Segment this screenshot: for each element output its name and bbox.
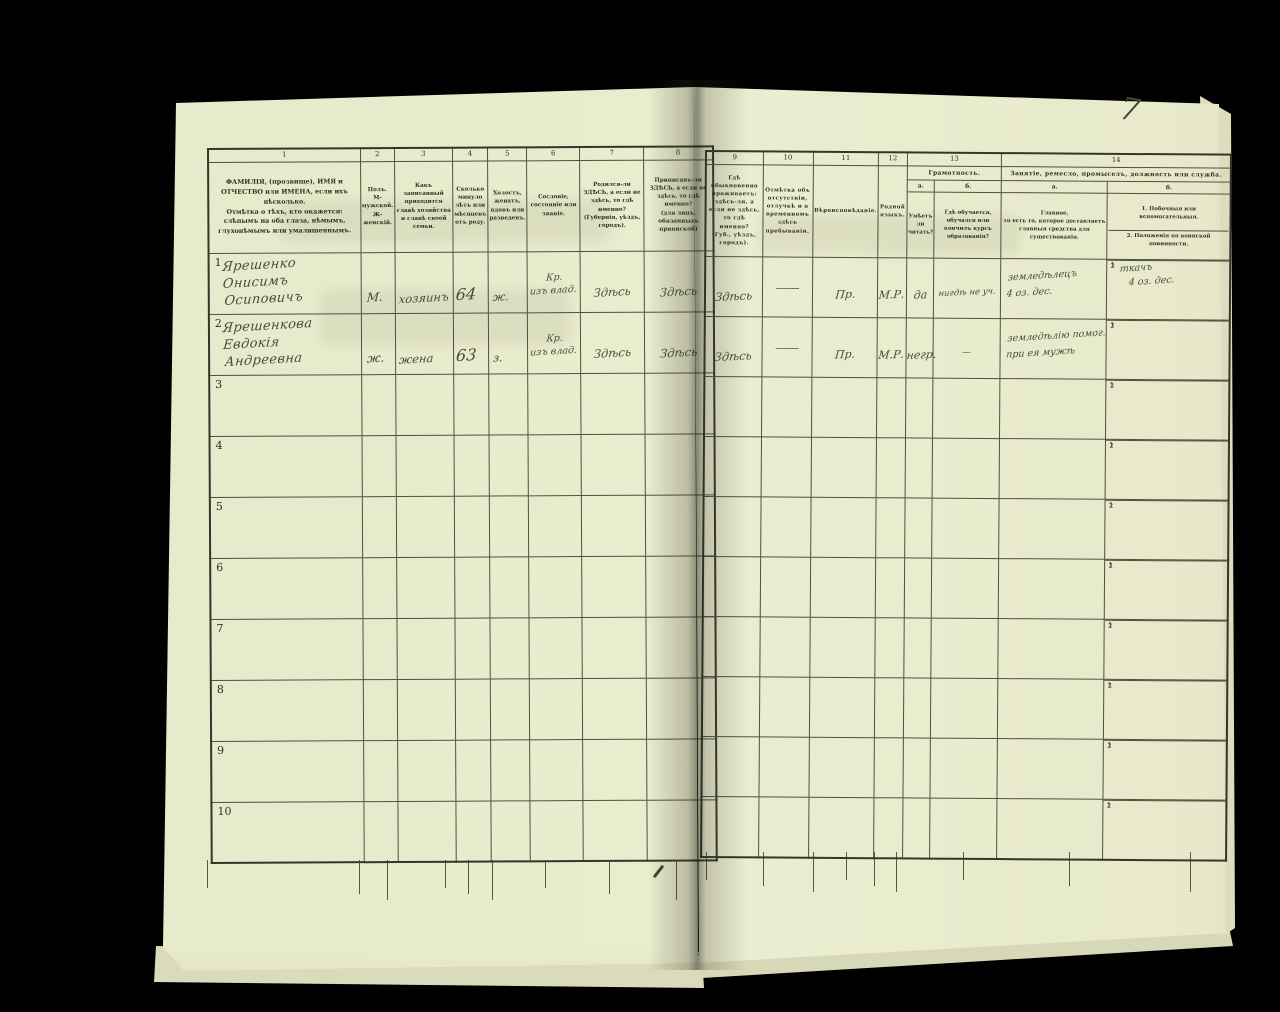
- left-table-body: 1ЯрешенкоОнисимъОсиповичъМ.хозяинъ64ж.Кр…: [209, 250, 717, 863]
- literacy-read-cell: [902, 798, 930, 858]
- sex-cell: [362, 435, 397, 496]
- handwritten-value: ж.: [492, 289, 509, 303]
- marital-cell: [490, 617, 529, 678]
- marital-cell: ж.: [488, 251, 527, 312]
- military-subcell: 2: [1106, 440, 1228, 442]
- sex-cell: [363, 740, 398, 801]
- subcell-number: 2: [1109, 442, 1113, 450]
- estate-cell: [530, 678, 583, 739]
- marital-cell: [491, 739, 530, 800]
- literacy-read-cell: [905, 438, 933, 498]
- header-relation: Какъ записанный приходится главѣ хозяйст…: [394, 161, 452, 252]
- absence-cell: [760, 557, 810, 617]
- residence-cell: [703, 497, 760, 557]
- col-number-10: 10: [763, 151, 813, 164]
- census-row-left-6: 6: [210, 555, 715, 619]
- header-name: ФАМИЛІЯ, (прозвище), ИМЯ и ОТЧЕСТВО или …: [208, 161, 360, 253]
- sex-cell: [362, 557, 397, 618]
- literacy-where-cell: [932, 498, 999, 558]
- age-cell: [456, 801, 492, 862]
- header-sex: Полъ. М-мужской. Ж-женскій.: [360, 161, 395, 252]
- header-absence: Отмѣтка объ отсутствіи, отлучкѣ и о врем…: [762, 164, 813, 257]
- census-row-right-4: 12: [704, 437, 1229, 501]
- literacy-where-cell: нигдѣ не уч.: [934, 258, 1001, 318]
- religion-cell: [811, 378, 877, 438]
- occupation-side-cell: 12: [1103, 800, 1226, 861]
- occupation-side-cell: 12: [1106, 320, 1229, 381]
- absence-cell: [760, 497, 810, 557]
- relation-cell: [398, 801, 456, 862]
- religion-cell: Пр.: [812, 258, 878, 318]
- literacy-read-cell: да: [906, 258, 934, 318]
- military-subcell: 2: [1106, 560, 1228, 562]
- language-cell: [876, 438, 905, 498]
- handwritten-occupation: земледѣлецъ4 оз. дес.: [1006, 266, 1078, 303]
- col-number-1: 1: [208, 148, 360, 162]
- literacy-where-cell: [930, 798, 997, 858]
- occupation-main-cell: [997, 739, 1103, 800]
- handwritten-value: М.Р.: [878, 288, 906, 302]
- header-residence: Гдѣ обыкновенно проживаетъ: здѣсь-ли, а …: [705, 164, 763, 257]
- language-cell: [876, 558, 905, 618]
- census-row-left-3: 3: [209, 372, 714, 436]
- name-cell: 2ЯрешенковаЕвдокіяАндреевна: [209, 313, 361, 375]
- handwritten-name: ЯрешенкоОнисимъОсиповичъ: [219, 255, 307, 311]
- col-number-6: 6: [527, 147, 580, 160]
- ruled-line-stub: [896, 852, 897, 892]
- religion-cell: [810, 498, 876, 558]
- military-subcell: 2: [1107, 380, 1229, 382]
- religion-cell: [810, 558, 876, 618]
- ruled-line-stub: [963, 852, 964, 880]
- scanner-background: { "document": { "folio_number": "7", "de…: [0, 0, 1280, 1012]
- handwritten-value: да: [906, 288, 934, 302]
- residence-cell: [703, 557, 760, 617]
- ruled-line-stub: [445, 860, 446, 888]
- absence-cell: [758, 797, 808, 857]
- ruled-line-stub: [1190, 852, 1191, 892]
- sex-cell: [361, 374, 396, 435]
- age-cell: 64: [453, 252, 489, 313]
- literacy-read-cell: негр.: [905, 318, 933, 378]
- relation-cell: жена: [395, 313, 453, 374]
- header-literacy-read: Умѣетъ ли читать?: [906, 191, 934, 258]
- handwritten-value: —: [934, 347, 1001, 360]
- column-headers-row: ФАМИЛІЯ, (прозвище), ИМЯ и ОТЧЕСТВО или …: [208, 159, 713, 253]
- birthplace-cell: Здѣсь: [580, 251, 644, 312]
- age-cell: 63: [453, 313, 489, 374]
- literacy-read-cell: [904, 498, 932, 558]
- military-subcell: 2: [1105, 620, 1227, 622]
- census-row-left-5: 5: [210, 494, 715, 558]
- literacy-where-cell: [930, 738, 997, 798]
- header-occupation-side: 1. Побочныя или вспомогательныя. 2. Поло…: [1107, 193, 1230, 261]
- handwritten-value: Кр.изъ влад.: [527, 270, 581, 299]
- census-row-left-2: 2ЯрешенковаЕвдокіяАндреевнаж.жена63з.Кр.…: [209, 311, 714, 375]
- age-cell: [454, 435, 490, 496]
- ruled-line-stub: [359, 860, 360, 894]
- census-row-right-9: 12: [701, 737, 1226, 801]
- marital-cell: [489, 434, 528, 495]
- birthplace-cell: [582, 617, 646, 678]
- occupation-main-cell: [1000, 379, 1106, 440]
- marital-cell: [490, 556, 529, 617]
- birthplace-cell: [582, 556, 646, 617]
- name-cell: 10: [211, 801, 363, 863]
- row-number: 6: [216, 560, 223, 573]
- language-cell: М.Р.: [878, 258, 907, 318]
- subcell-number: 2: [1108, 622, 1112, 630]
- header-estate: Сословіе, состояніе или званіе.: [527, 160, 580, 251]
- handwritten-occupation: земледѣлію помог.при ея мужѣ: [1006, 326, 1107, 365]
- relation-cell: [397, 557, 455, 618]
- relation-cell: [397, 618, 455, 679]
- occupation-main-cell: [1000, 439, 1106, 500]
- sex-cell: [362, 618, 397, 679]
- ruled-line-stub: [387, 860, 388, 900]
- age-cell: [454, 374, 490, 435]
- occupation-letter-a: а.: [1002, 180, 1108, 193]
- name-cell: 3: [209, 374, 361, 436]
- header-religion: Вѣроисповѣданіе.: [812, 165, 879, 258]
- handwritten-value: Здѣсь: [644, 282, 713, 300]
- header-literacy-group: Грамотность.: [907, 165, 1002, 180]
- language-cell: [874, 798, 903, 858]
- census-row-right-6: 12: [703, 557, 1228, 621]
- name-cell: 5: [210, 496, 362, 558]
- census-table-right: 9 10 11 12 13 14 Гдѣ обыкновенно прожива…: [700, 150, 1232, 861]
- col-number-13: 13: [907, 152, 1002, 166]
- absence-cell: —: [761, 317, 811, 377]
- name-cell: 6: [210, 557, 362, 619]
- religion-cell: [811, 438, 877, 498]
- age-cell: [455, 740, 491, 801]
- name-cell: 9: [211, 740, 363, 802]
- estate-cell: [528, 434, 581, 495]
- handwritten-name: ЯрешенковаЕвдокіяАндреевна: [219, 315, 313, 371]
- census-row-right-2: Здѣсь—Пр.М.Р.негр.—земледѣлію помог.при …: [704, 317, 1229, 381]
- age-cell: [455, 618, 491, 679]
- occupation-side-cell: 12: [1104, 620, 1227, 681]
- literacy-where-cell: [933, 438, 1000, 498]
- religion-cell: Пр.: [811, 318, 877, 378]
- occupation-main-cell: [998, 619, 1104, 680]
- row-number: 2: [215, 316, 222, 329]
- relation-cell: [396, 374, 454, 435]
- subcell-number: 2: [1109, 502, 1113, 510]
- header-language: Родной языкъ.: [878, 165, 907, 258]
- religion-cell: [808, 798, 874, 858]
- military-subcell: 2: [1106, 500, 1228, 502]
- ruled-line-stub: [609, 860, 610, 894]
- handwritten-value: з.: [493, 351, 504, 365]
- language-cell: [875, 678, 904, 738]
- literacy-where-cell: [931, 618, 998, 678]
- handwritten-value: М.: [366, 289, 383, 304]
- religion-cell: [809, 678, 875, 738]
- language-cell: [877, 378, 906, 438]
- language-cell: [876, 498, 905, 558]
- marital-cell: [491, 800, 530, 861]
- ruled-line-stub: [813, 852, 814, 892]
- estate-cell: [529, 495, 582, 556]
- literacy-read-cell: [903, 738, 931, 798]
- marital-cell: [489, 373, 528, 434]
- header-literacy-where: Гдѣ обучается, обучался или кончилъ курс…: [934, 192, 1001, 259]
- census-row-right-1: Здѣсь—Пр.М.Р.данигдѣ не уч.земледѣлецъ4 …: [705, 257, 1230, 321]
- residence-cell: [704, 437, 761, 497]
- census-row-left-9: 9: [211, 738, 716, 802]
- absence-cell: [759, 617, 809, 677]
- estate-cell: [530, 739, 583, 800]
- literacy-read-cell: [905, 378, 933, 438]
- handwritten-value: М.Р.: [877, 348, 905, 362]
- occupation-side-cell: 1ткачъ4 оз. дес.2: [1107, 260, 1230, 321]
- literacy-where-cell: [932, 558, 999, 618]
- handwritten-value: негр.: [906, 348, 934, 362]
- col-number-11: 11: [813, 152, 879, 165]
- literacy-read-cell: [904, 558, 932, 618]
- col-number-7: 7: [580, 147, 644, 160]
- row-number: 7: [216, 621, 223, 634]
- birthplace-cell: Здѣсь: [581, 312, 645, 373]
- row-number: 4: [216, 438, 223, 451]
- ruled-line-stub: [676, 860, 677, 900]
- occupation-main-cell: [998, 679, 1104, 740]
- ruled-line-stub: [763, 852, 764, 886]
- occupation-main-cell: земледѣлію помог.при ея мужѣ: [1000, 319, 1106, 380]
- census-row-right-10: 12: [701, 797, 1226, 861]
- census-row-right-3: 12: [704, 377, 1229, 441]
- language-cell: М.Р.: [877, 318, 906, 378]
- marital-cell: [489, 495, 528, 556]
- age-cell: [455, 557, 491, 618]
- header-registration: Приписанъ-ли ЗДѢСЬ, а если не здѣсь, то …: [644, 159, 713, 250]
- military-subcell: 2: [1105, 680, 1227, 682]
- relation-cell: [397, 740, 455, 801]
- literacy-letter-a: а.: [907, 179, 935, 191]
- census-row-left-8: 8: [211, 677, 716, 741]
- absence-cell: [758, 737, 808, 797]
- relation-cell: [397, 679, 455, 740]
- name-cell: 7: [210, 618, 362, 680]
- row-number: 10: [217, 804, 231, 817]
- sex-cell: ж.: [361, 313, 396, 374]
- census-row-right-7: 12: [702, 617, 1227, 681]
- estate-cell: Кр.изъ влад.: [527, 251, 580, 312]
- handwritten-value: Здѣсь: [580, 283, 644, 301]
- birthplace-cell: [581, 373, 645, 434]
- religion-cell: [809, 618, 875, 678]
- subcell-number: 2: [1110, 382, 1114, 390]
- age-cell: [454, 496, 490, 557]
- literacy-where-cell: [933, 378, 1000, 438]
- census-row-left-7: 7: [210, 616, 715, 680]
- literacy-where-cell: [931, 678, 998, 738]
- col-number-12: 12: [879, 152, 907, 165]
- subcell-number: 2: [1107, 802, 1111, 810]
- handwritten-value: Кр.изъ влад.: [527, 331, 581, 360]
- occupation-main-cell: земледѣлецъ4 оз. дес.: [1001, 259, 1107, 320]
- col-number-3: 3: [394, 148, 452, 161]
- handwritten-value: жена: [398, 350, 433, 366]
- ruled-line-stub: [846, 852, 847, 880]
- header-birthplace: Родился-ли ЗДѢСЬ, а если не здѣсь, то гд…: [580, 160, 644, 251]
- sex-cell: [362, 496, 397, 557]
- ruled-line-stub: [468, 860, 469, 894]
- birthplace-cell: [583, 678, 647, 739]
- birthplace-cell: [583, 739, 647, 800]
- col-number-5: 5: [488, 147, 527, 160]
- sex-cell: [363, 801, 398, 862]
- right-table-body: Здѣсь—Пр.М.Р.данигдѣ не уч.земледѣлецъ4 …: [701, 257, 1230, 861]
- birthplace-cell: [581, 434, 645, 495]
- census-row-right-5: 12: [703, 497, 1228, 561]
- census-table-left: 1 2 3 4 5 6 7 8 ФАМИЛІЯ, (прозвище), ИМЯ…: [207, 145, 717, 864]
- header-occupation-main: Главное, то есть то, которое доставляетъ…: [1001, 192, 1107, 260]
- subcell-number: 2: [1107, 742, 1111, 750]
- estate-cell: [528, 373, 581, 434]
- sex-cell: М.: [361, 252, 396, 313]
- ruled-line-stub: [1069, 852, 1070, 886]
- literacy-where-cell: —: [933, 318, 1000, 378]
- estate-cell: [529, 617, 582, 678]
- ruled-line-stub: [706, 852, 707, 880]
- occupation-side-cell: 12: [1105, 500, 1228, 561]
- handwritten-value: 64: [455, 283, 477, 303]
- estate-cell: Кр.изъ влад.: [528, 312, 581, 373]
- handwritten-value: ткачъ4 оз. дес.: [1119, 260, 1177, 292]
- handwritten-value: ж.: [366, 350, 385, 365]
- relation-cell: хозяинъ: [395, 252, 453, 313]
- military-subcell: 2: [1107, 320, 1229, 322]
- marital-cell: [490, 678, 529, 739]
- census-row-left-4: 4: [210, 433, 715, 497]
- name-cell: 1ЯрешенкоОнисимъОсиповичъ: [209, 252, 361, 314]
- row-number: 3: [215, 377, 222, 390]
- handwritten-value: Здѣсь: [581, 344, 645, 362]
- sex-cell: [363, 679, 398, 740]
- subcell-number: 2: [1111, 262, 1115, 270]
- header-occupation-side-2: 2. Положенія по воинской повинности.: [1109, 230, 1229, 250]
- ruled-line-stub: [492, 860, 493, 900]
- row-number: 1: [215, 255, 222, 268]
- subcell-number: 2: [1110, 322, 1114, 330]
- literacy-read-cell: [903, 678, 931, 738]
- row-number: 8: [217, 682, 224, 695]
- military-subcell: 2: [1104, 740, 1226, 742]
- birthplace-cell: [583, 800, 647, 861]
- handwritten-value: хозяинъ: [398, 289, 449, 306]
- marital-cell: з.: [488, 312, 527, 373]
- occupation-main-cell: [999, 499, 1105, 560]
- census-row-left-1: 1ЯрешенкоОнисимъОсиповичъМ.хозяинъ64ж.Кр…: [209, 250, 714, 314]
- residence-cell: [704, 377, 761, 437]
- absence-cell: [759, 677, 809, 737]
- col-number-8: 8: [644, 146, 713, 159]
- header-occupation-side-1: 1. Побочныя или вспомогательныя.: [1109, 203, 1229, 222]
- absence-cell: [761, 377, 811, 437]
- estate-cell: [529, 556, 582, 617]
- language-cell: [874, 738, 903, 798]
- occupation-main-cell: [999, 559, 1105, 620]
- residence-cell: [702, 677, 759, 737]
- census-row-left-10: 10: [211, 799, 716, 863]
- birthplace-cell: [582, 495, 646, 556]
- ruled-line-stub: [874, 852, 875, 886]
- handwritten-value: нигдѣ не уч.: [934, 287, 1001, 300]
- subcell-number: 2: [1108, 682, 1112, 690]
- ruled-line-stub: [207, 860, 208, 888]
- occupation-side-cell: 12: [1105, 560, 1228, 621]
- row-number: 9: [217, 743, 224, 756]
- row-number: 5: [216, 499, 223, 512]
- col-number-2: 2: [360, 148, 394, 161]
- absence-cell: —: [762, 257, 812, 317]
- name-cell: 8: [211, 679, 363, 741]
- subcell-number: 2: [1109, 562, 1113, 570]
- name-cell: 4: [210, 435, 362, 497]
- residence-cell: [701, 797, 758, 857]
- header-age: Сколько минуло лѣтъ или мѣсяцевъ отъ род…: [452, 161, 488, 252]
- occupation-letter-b: б.: [1108, 181, 1231, 194]
- occupation-main-cell: [997, 799, 1103, 860]
- header-marital: Холостъ, женатъ, вдовъ или разведенъ.: [488, 160, 528, 251]
- estate-cell: [530, 800, 583, 861]
- handwritten-value: Пр.: [812, 287, 878, 303]
- occupation-side-cell: 12: [1106, 440, 1229, 501]
- relation-cell: [396, 435, 454, 496]
- occupation-side-cell: 12: [1104, 680, 1227, 741]
- handwritten-value: Пр.: [811, 347, 877, 363]
- literacy-letter-b: б.: [935, 180, 1002, 192]
- religion-cell: [808, 738, 874, 798]
- occupation-side-cell: 12: [1103, 740, 1226, 801]
- col-number-9: 9: [706, 151, 763, 164]
- literacy-read-cell: [903, 618, 931, 678]
- absence-cell: [761, 437, 811, 497]
- relation-cell: [396, 496, 454, 557]
- military-subcell: 2: [1104, 800, 1226, 802]
- occupation-side-cell: 12: [1106, 380, 1229, 441]
- residence-cell: [702, 617, 759, 677]
- handwritten-value: 63: [455, 344, 477, 364]
- ruled-line-stub: [545, 860, 546, 888]
- residence-cell: [701, 737, 758, 797]
- census-row-right-8: 12: [702, 677, 1227, 741]
- language-cell: [875, 618, 904, 678]
- col-number-4: 4: [452, 148, 487, 161]
- age-cell: [455, 679, 491, 740]
